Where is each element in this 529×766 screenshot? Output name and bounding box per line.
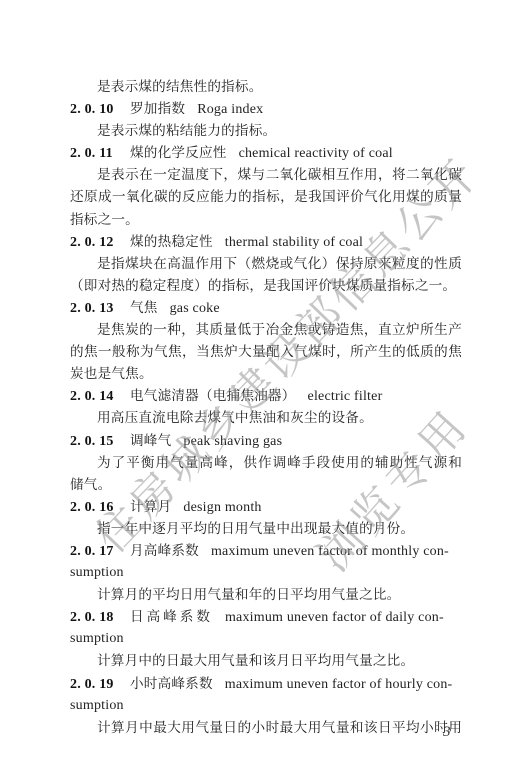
term-heading-2-0-11: 2. 0. 11煤的化学反应性chemical reactivity of co… bbox=[70, 142, 462, 164]
term-number: 2. 0. 13 bbox=[70, 298, 130, 320]
text: 是表示煤的结焦性的指标。 bbox=[97, 79, 263, 95]
paragraph-line: 是表示煤的结焦性的指标。 bbox=[70, 76, 462, 98]
term-number: 2. 0. 17 bbox=[70, 541, 130, 563]
term-heading-2-0-13: 2. 0. 13气焦gas coke bbox=[70, 297, 462, 319]
term-chinese: 计算月 bbox=[130, 499, 171, 515]
term-english: maximum uneven factor of daily con- bbox=[225, 610, 444, 625]
paragraph-line: 计算月中最大用气量日的小时最大用气量和该日平均小时用 bbox=[70, 717, 462, 739]
term-english: thermal stability of coal bbox=[225, 235, 363, 250]
term-english: maximum uneven factor of monthly con- bbox=[211, 544, 449, 559]
term-english: peak shaving gas bbox=[183, 434, 282, 449]
term-number: 2. 0. 15 bbox=[70, 431, 130, 453]
term-chinese: 月高峰系数 bbox=[130, 543, 199, 559]
paragraph-line: 计算月中的日最大用气量和该月日平均用气量之比。 bbox=[70, 650, 462, 672]
paragraph-line: 用高压直流电除去煤气中焦油和灰尘的设备。 bbox=[70, 407, 462, 429]
term-number: 2. 0. 18 bbox=[70, 607, 130, 629]
document-page: 是表示煤的结焦性的指标。 2. 0. 10罗加指数Roga index 是表示煤… bbox=[0, 0, 529, 766]
paragraph-line: sumption bbox=[70, 695, 462, 717]
term-english: chemical reactivity of coal bbox=[239, 146, 393, 161]
term-chinese: 煤的热稳定性 bbox=[130, 234, 213, 250]
term-chinese: 电气滤清器（电捕焦油器） bbox=[130, 388, 296, 404]
term-heading-2-0-10: 2. 0. 10罗加指数Roga index bbox=[70, 98, 462, 120]
term-english: gas coke bbox=[170, 301, 220, 316]
term-number: 2. 0. 11 bbox=[70, 143, 130, 165]
term-number: 2. 0. 16 bbox=[70, 497, 130, 519]
paragraph-line: 是焦炭的一种，其质量低于冶金焦或铸造焦，直立炉所生产 bbox=[70, 319, 462, 341]
term-heading-2-0-19: 2. 0. 19小时高峰系数maximum uneven factor of h… bbox=[70, 673, 462, 695]
term-number: 2. 0. 19 bbox=[70, 674, 130, 696]
paragraph-line: 为了平衡用气量高峰，供作调峰手段使用的辅助性气源和 bbox=[70, 452, 462, 474]
paragraph-line: 计算月的平均日用气量和年的日平均用气量之比。 bbox=[70, 584, 462, 606]
term-chinese: 调峰气 bbox=[130, 433, 171, 449]
term-chinese: 罗加指数 bbox=[130, 101, 185, 117]
term-chinese: 气焦 bbox=[130, 300, 158, 316]
term-heading-2-0-14: 2. 0. 14电气滤清器（电捕焦油器）electric filter bbox=[70, 385, 462, 407]
paragraph-line: sumption bbox=[70, 628, 462, 650]
paragraph-line: 指一年中逐月平均的日用气量中出现最大值的月份。 bbox=[70, 518, 462, 540]
term-english: design month bbox=[183, 500, 261, 515]
paragraph-line: 还原成一氧化碳的反应能力的指标，是我国评价气化用煤的质量 bbox=[70, 186, 462, 208]
term-heading-2-0-17: 2. 0. 17月高峰系数maximum uneven factor of mo… bbox=[70, 540, 462, 562]
paragraph-line: sumption bbox=[70, 562, 462, 584]
term-heading-2-0-12: 2. 0. 12煤的热稳定性thermal stability of coal bbox=[70, 231, 462, 253]
paragraph-line: 是表示在一定温度下，煤与二氧化碳相互作用，将二氧化碳 bbox=[70, 164, 462, 186]
term-number: 2. 0. 12 bbox=[70, 232, 130, 254]
term-heading-2-0-15: 2. 0. 15调峰气peak shaving gas bbox=[70, 430, 462, 452]
term-number: 2. 0. 14 bbox=[70, 386, 130, 408]
term-english: maximum uneven factor of hourly con- bbox=[225, 677, 453, 692]
term-chinese: 煤的化学反应性 bbox=[130, 145, 227, 161]
paragraph-line: （即对热的稳定程度）的指标，是我国评价块煤质量指标之一。 bbox=[70, 275, 462, 297]
text: 是表示煤的粘结能力的指标。 bbox=[97, 123, 276, 139]
page-body: 是表示煤的结焦性的指标。 2. 0. 10罗加指数Roga index 是表示煤… bbox=[70, 76, 462, 739]
paragraph-line: 是表示煤的粘结能力的指标。 bbox=[70, 120, 462, 142]
term-heading-2-0-16: 2. 0. 16计算月design month bbox=[70, 496, 462, 518]
term-heading-2-0-18: 2. 0. 18日高峰系数maximum uneven factor of da… bbox=[70, 606, 462, 628]
paragraph-line: 炭也是气焦。 bbox=[70, 363, 462, 385]
paragraph-line: 储气。 bbox=[70, 474, 462, 496]
term-chinese: 小时高峰系数 bbox=[130, 676, 213, 692]
term-number: 2. 0. 10 bbox=[70, 99, 130, 121]
paragraph-line: 的焦一般称为气焦，当焦炉大量配入气煤时，所产生的低质的焦 bbox=[70, 341, 462, 363]
paragraph-line: 指标之一。 bbox=[70, 209, 462, 231]
paragraph-line: 是指煤块在高温作用下（燃烧或气化）保持原来粒度的性质 bbox=[70, 253, 462, 275]
page-number: 3 bbox=[443, 724, 451, 741]
term-english: Roga index bbox=[197, 102, 263, 117]
term-english: electric filter bbox=[308, 389, 383, 404]
term-chinese: 日高峰系数 bbox=[130, 609, 213, 625]
